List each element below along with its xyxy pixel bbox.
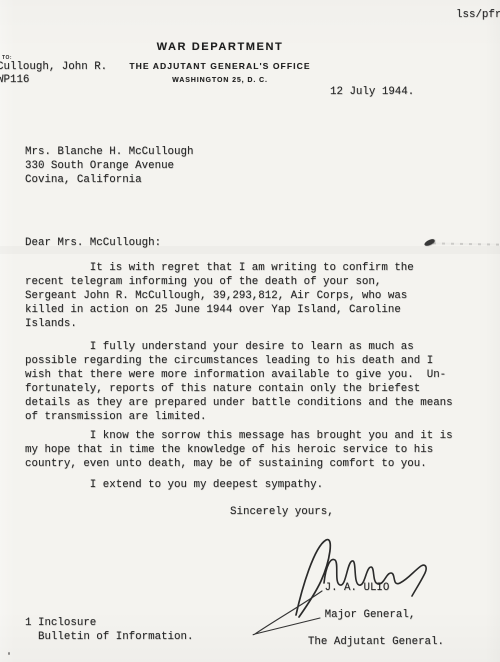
letterhead-city: WASHINGTON 25, D. C. — [70, 77, 370, 84]
signer-name: J. A. ULIO — [325, 582, 390, 594]
file-reference-name: Cullough, John R. — [0, 61, 107, 75]
body-paragraph-3: I know the sorrow this message has broug… — [25, 430, 453, 472]
signer-rank: Major General, — [325, 609, 416, 621]
letterhead-office: THE ADJUTANT GENERAL'S OFFICE — [70, 61, 370, 71]
letter-page: lss/pfr TO: WAR DEPARTMENT THE ADJUTANT … — [0, 0, 500, 662]
body-paragraph-2: I fully understand your desire to learn … — [25, 341, 453, 424]
body-paragraph-4: I extend to you my deepest sympathy. — [25, 479, 323, 493]
signature-block: J. A. ULIO Major General, The Adjutant G… — [282, 582, 432, 662]
scan-streak-band — [0, 246, 500, 254]
body-paragraph-1: It is with regret that I am writing to c… — [25, 262, 414, 332]
letterhead-department: WAR DEPARTMENT — [70, 41, 370, 53]
signer-title: The Adjutant General. — [308, 636, 444, 648]
scan-speck — [8, 652, 10, 655]
enclosure-note: 1 Inclosure Bulletin of Information. — [25, 617, 193, 645]
date-line: 12 July 1944. — [330, 86, 414, 100]
routing-code: lss/pfr — [456, 9, 500, 23]
closing-line: Sincerely yours, — [230, 506, 334, 520]
file-reference-code: WP116 — [0, 74, 29, 88]
recipient-address: Mrs. Blanche H. McCullough 330 South Ora… — [25, 146, 193, 188]
